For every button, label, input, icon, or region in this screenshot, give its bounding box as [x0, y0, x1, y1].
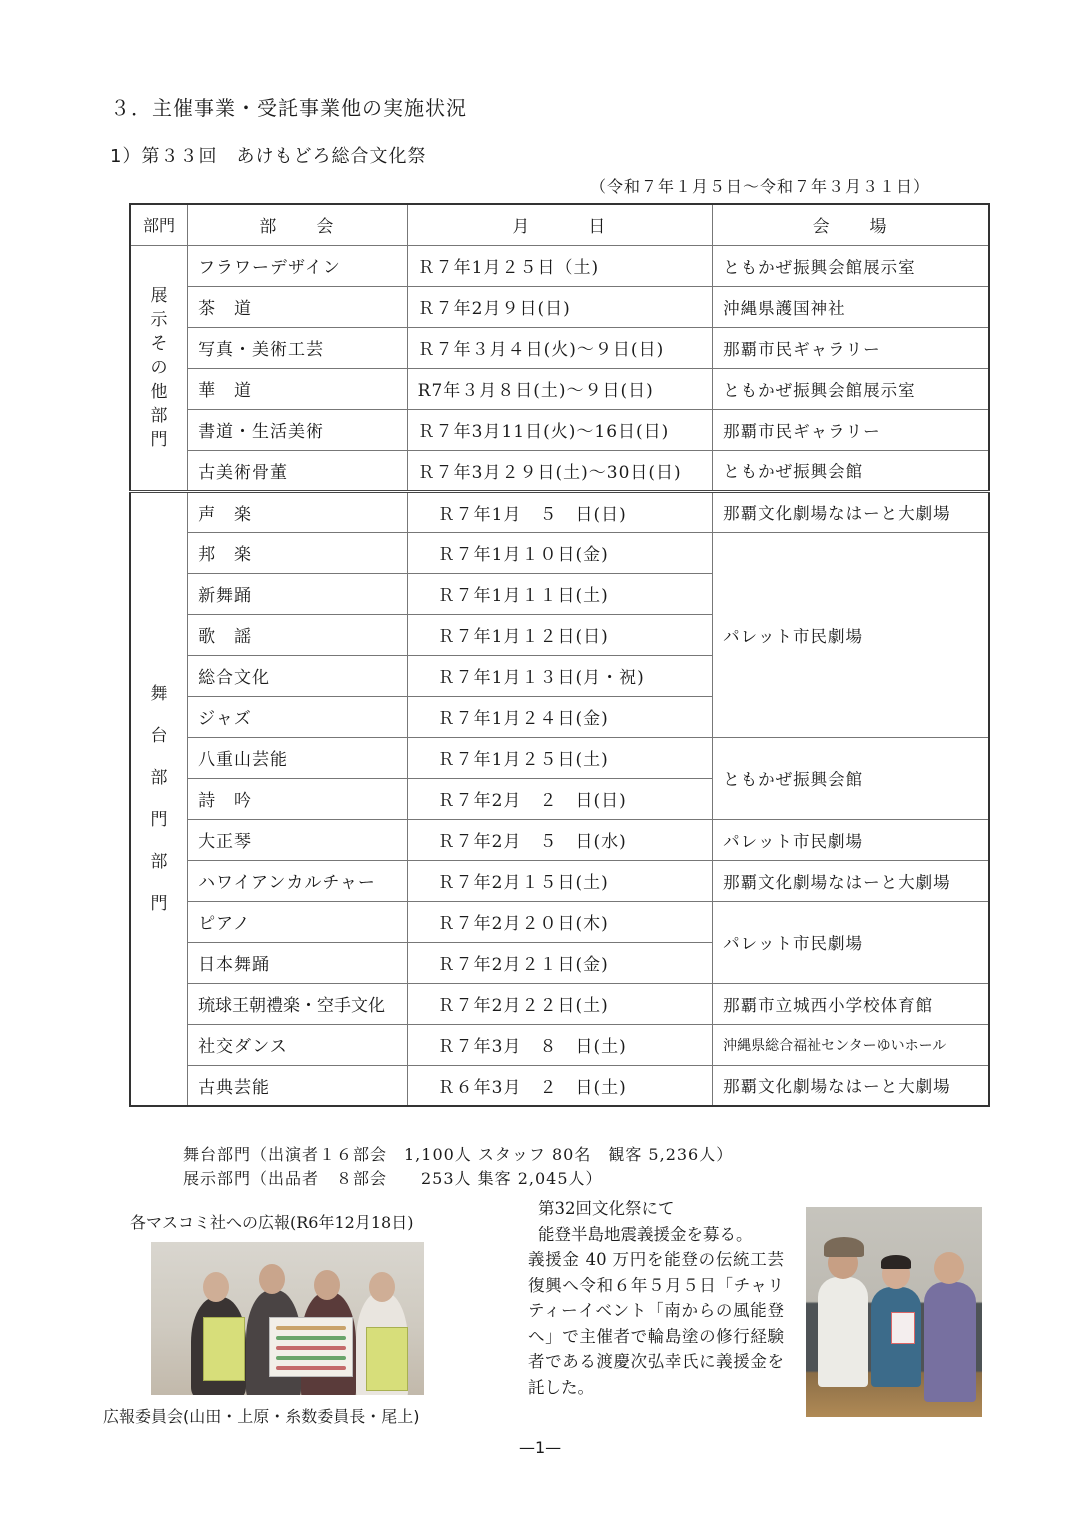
section-date: Ｒ７年2月２０日(木): [407, 901, 712, 942]
section-name: 総合文化: [188, 655, 408, 696]
section-venue: 那覇文化劇場なはーと大劇場: [713, 860, 989, 901]
section-date: Ｒ７年3月 ８ 日(土): [407, 1024, 712, 1065]
section-title: ３．主催事業・受託事業他の実施状況: [110, 92, 467, 121]
header-dept: 部門: [130, 204, 188, 245]
event-period: （令和７年１月５日～令和７年３月３１日）: [590, 174, 930, 197]
exhibit-summary: 展示部門（出品者 ８部会 253人 集客 2,045人）: [183, 1166, 603, 1189]
committee-caption: 広報委員会(山田・上原・糸数委員長・尾上): [103, 1404, 420, 1427]
section-venue: ともかぜ振興会館: [713, 737, 989, 819]
section-venue: 沖縄県総合福祉センターゆいホール: [713, 1024, 989, 1065]
section-name: 詩 吟: [188, 778, 408, 819]
table-row: ピアノ Ｒ７年2月２０日(木) パレット市民劇場: [130, 901, 989, 942]
header-section: 部 会: [188, 204, 408, 245]
section-name: 歌 謡: [188, 614, 408, 655]
table-row: 古美術骨董 Ｒ７年3月２９日(土)～30日(日) ともかぜ振興会館: [130, 450, 989, 491]
donation-line-2: 能登半島地震義援金を募る。: [528, 1222, 784, 1248]
section-venue: 那覇市民ギャラリー: [713, 327, 989, 368]
section-name: 華 道: [188, 368, 408, 409]
section-venue: ともかぜ振興会館: [713, 450, 989, 491]
section-name: 琉球王朝禮楽・空手文化: [188, 983, 408, 1024]
table-row: 展示その他部門 フラワーデザイン Ｒ７年1月２５日（土) ともかぜ振興会館展示室: [130, 245, 989, 286]
section-date: Ｒ７年2月 ５ 日(水): [407, 819, 712, 860]
section-venue: パレット市民劇場: [713, 901, 989, 983]
donation-line-3: 義援金 40 万円を能登の伝統工芸復興へ令和６年５月５日「チャリティーイベント「…: [528, 1247, 784, 1400]
section-name: 書道・生活美術: [188, 409, 408, 450]
table-row: 茶 道 Ｒ７年2月９日(日) 沖縄県護国神社: [130, 286, 989, 327]
section-venue: ともかぜ振興会館展示室: [713, 368, 989, 409]
section-name: ジャズ: [188, 696, 408, 737]
subsection-title: 1）第３３回 あけもどろ総合文化祭: [110, 142, 426, 168]
stage-summary: 舞台部門（出演者１６部会 1,100人 スタッフ 80名 観客 5,236人）: [183, 1142, 733, 1165]
table-row: 華 道 R7年３月８日(土)～９日(日) ともかぜ振興会館展示室: [130, 368, 989, 409]
table-row: 八重山芸能 Ｒ７年1月２５日(土) ともかぜ振興会館: [130, 737, 989, 778]
table-row: 琉球王朝禮楽・空手文化 Ｒ７年2月２２日(土) 那覇市立城西小学校体育館: [130, 983, 989, 1024]
press-caption: 各マスコミ社への広報(R6年12月18日): [130, 1210, 413, 1233]
section-date: Ｒ７年1月１１日(土): [407, 573, 712, 614]
section-venue: ともかぜ振興会館展示室: [713, 245, 989, 286]
header-venue: 会 場: [713, 204, 989, 245]
table-row: ハワイアンカルチャー Ｒ７年2月１５日(土) 那覇文化劇場なはーと大劇場: [130, 860, 989, 901]
section-date: Ｒ７年2月２１日(金): [407, 942, 712, 983]
section-name: 日本舞踊: [188, 942, 408, 983]
page-number: —1—: [519, 1438, 561, 1457]
section-date: Ｒ７年1月２５日（土): [407, 245, 712, 286]
section-date: Ｒ７年1月１０日(金): [407, 532, 712, 573]
section-name: 古典芸能: [188, 1065, 408, 1106]
section-date: Ｒ７年2月１５日(土): [407, 860, 712, 901]
section-name: 大正琴: [188, 819, 408, 860]
section-venue: 沖縄県護国神社: [713, 286, 989, 327]
section-venue: 那覇市立城西小学校体育館: [713, 983, 989, 1024]
section-date: Ｒ７年1月１２日(日): [407, 614, 712, 655]
table-row: 写真・美術工芸 Ｒ７年３月４日(火)～９日(日) 那覇市民ギャラリー: [130, 327, 989, 368]
section-name: 声 楽: [188, 491, 408, 532]
section-name: 邦 楽: [188, 532, 408, 573]
section-venue: 那覇文化劇場なはーと大劇場: [713, 1065, 989, 1106]
section-date: Ｒ７年2月２２日(土): [407, 983, 712, 1024]
section-name: 八重山芸能: [188, 737, 408, 778]
section-date: Ｒ７年３月４日(火)～９日(日): [407, 327, 712, 368]
donation-handover-photo: [806, 1207, 982, 1417]
section-venue: パレット市民劇場: [713, 532, 989, 737]
section-venue: 那覇文化劇場なはーと大劇場: [713, 491, 989, 532]
section-date: Ｒ７年1月 ５ 日(日): [407, 491, 712, 532]
section-date: Ｒ７年1月２５日(土): [407, 737, 712, 778]
section-date: Ｒ７年3月２９日(土)～30日(日): [407, 450, 712, 491]
donation-text: 第32回文化祭にて 能登半島地震義援金を募る。 義援金 40 万円を能登の伝統工…: [528, 1196, 784, 1400]
section-name: 社交ダンス: [188, 1024, 408, 1065]
table-row: 邦 楽 Ｒ７年1月１０日(金) パレット市民劇場: [130, 532, 989, 573]
section-name: 写真・美術工芸: [188, 327, 408, 368]
section-date: Ｒ７年1月１３日(月・祝): [407, 655, 712, 696]
schedule-table: 部門 部 会 月 日 会 場 展示その他部門 フラワーデザイン Ｒ７年1月２５日…: [129, 203, 990, 1107]
table-row: 社交ダンス Ｒ７年3月 ８ 日(土) 沖縄県総合福祉センターゆいホール: [130, 1024, 989, 1065]
table-row: 書道・生活美術 Ｒ７年3月11日(火)～16日(日) 那覇市民ギャラリー: [130, 409, 989, 450]
table-row: 舞台部門部門 声 楽 Ｒ７年1月 ５ 日(日) 那覇文化劇場なはーと大劇場: [130, 491, 989, 532]
table-row: 大正琴 Ｒ７年2月 ５ 日(水) パレット市民劇場: [130, 819, 989, 860]
section-date: Ｒ６年3月 ２ 日(土): [407, 1065, 712, 1106]
section-date: Ｒ７年2月 ２ 日(日): [407, 778, 712, 819]
section-date: Ｒ７年3月11日(火)～16日(日): [407, 409, 712, 450]
section-name: 茶 道: [188, 286, 408, 327]
donation-line-1: 第32回文化祭にて: [528, 1196, 784, 1222]
section-date: R7年３月８日(土)～９日(日): [407, 368, 712, 409]
section-date: Ｒ７年1月２４日(金): [407, 696, 712, 737]
press-committee-photo: [151, 1242, 424, 1395]
dept-exhibit: 展示その他部門: [130, 245, 188, 491]
section-name: ピアノ: [188, 901, 408, 942]
section-name: ハワイアンカルチャー: [188, 860, 408, 901]
header-date: 月 日: [407, 204, 712, 245]
section-date: Ｒ７年2月９日(日): [407, 286, 712, 327]
section-name: 古美術骨董: [188, 450, 408, 491]
section-venue: 那覇市民ギャラリー: [713, 409, 989, 450]
section-venue: パレット市民劇場: [713, 819, 989, 860]
table-row: 古典芸能 Ｒ６年3月 ２ 日(土) 那覇文化劇場なはーと大劇場: [130, 1065, 989, 1106]
table-header-row: 部門 部 会 月 日 会 場: [130, 204, 989, 245]
dept-stage: 舞台部門部門: [130, 491, 188, 1106]
section-name: フラワーデザイン: [188, 245, 408, 286]
section-name: 新舞踊: [188, 573, 408, 614]
